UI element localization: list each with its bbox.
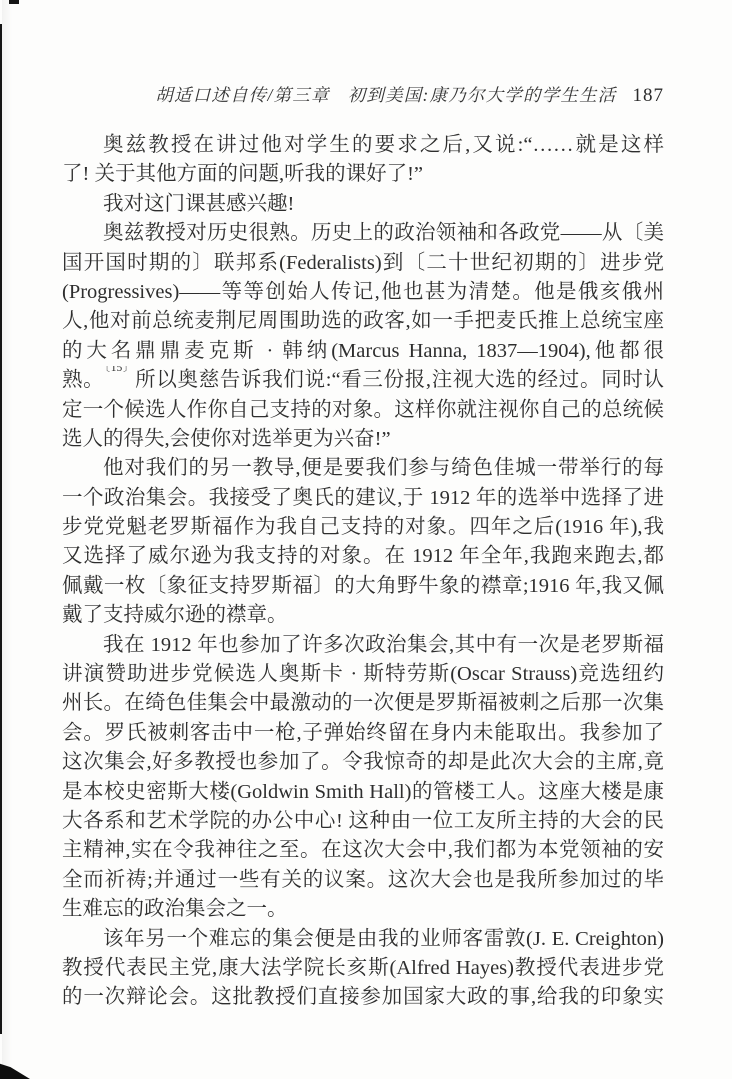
text-line: 佩戴一枚〔象征支持罗斯福〕的大角野牛象的襟章;1916 年,我又佩 bbox=[62, 572, 664, 601]
text-line: 一个政治集会。我接受了奥氏的建议,于 1912 年的选举中选择了进 bbox=[62, 484, 664, 513]
text-line: 了! 关于其他方面的问题,听我的课好了!” bbox=[62, 160, 664, 189]
text-line: (Progressives)——等等创始人传记,他也甚为清楚。他是俄亥俄州 bbox=[62, 278, 664, 307]
text-line: 的一次辩论会。这批教授们直接参加国家大政的事,给我的印象实 bbox=[62, 983, 664, 1012]
text-line: 主精神,实在令我神往之至。在这次大会中,我们都为本党领袖的安 bbox=[62, 836, 664, 865]
text-line: 教授代表民主党,康大法学院长亥斯(Alfred Hayes)教授代表进步党 bbox=[62, 954, 664, 983]
text-line: 他对我们的另一教导,便是要我们参与绮色佳城一带举行的每 bbox=[62, 454, 664, 483]
text-segment: 所以奥慈告诉我们说:“看三份报,注视大选的经过。同时认 bbox=[135, 369, 664, 391]
header-chapter-title: 初到美国:康乃尔大学的学生生活 bbox=[348, 82, 617, 108]
text-line: 全而祈祷;并通过一些有关的议案。这次大会也是我所参加过的毕 bbox=[62, 866, 664, 895]
text-line: 的大名鼎鼎麦克斯 · 韩纳(Marcus Hanna, 1837—1904),他… bbox=[62, 337, 664, 366]
text-line: 定一个候选人作你自己支持的对象。这样你就注视你自己的总统候 bbox=[62, 396, 664, 425]
header-page-number: 187 bbox=[633, 85, 665, 107]
text-line: 奥兹教授对历史很熟。历史上的政治领袖和各政党——从〔美 bbox=[62, 219, 664, 248]
scan-artifact-left-edge bbox=[0, 24, 2, 1034]
text-line: 是本校史密斯大楼(Goldwin Smith Hall)的管楼工人。这座大楼是康 bbox=[62, 778, 664, 807]
text-line: 会。罗氏被刺客击中一枪,子弹始终留在身内未能取出。我参加了 bbox=[62, 719, 664, 748]
text-line: 步党党魁老罗斯福作为我自己支持的对象。四年之后(1916 年),我 bbox=[62, 513, 664, 542]
text-line: 大各系和艺术学院的办公中心! 这种由一位工友所主持的大会的民 bbox=[62, 807, 664, 836]
text-line: 奥兹教授在讲过他对学生的要求之后,又说:“……就是这样 bbox=[62, 131, 664, 160]
text-line: 又选择了威尔逊为我支持的对象。在 1912 年全年,我跑来跑去,都 bbox=[62, 542, 664, 571]
footnote-ref: 〔15〕 bbox=[104, 366, 135, 374]
scan-shadow-left bbox=[2, 0, 12, 1079]
text-line: 戴了支持威尔逊的襟章。 bbox=[62, 601, 664, 630]
text-segment: 熟。 bbox=[62, 369, 104, 391]
text-line: 我对这门课甚感兴趣! bbox=[62, 190, 664, 219]
text-line: 讲演赞助进步党候选人奥斯卡 · 斯特劳斯(Oscar Strauss)竞选纽约 bbox=[62, 660, 664, 689]
text-line: 选人的得失,会使你对选举更为兴奋!” bbox=[62, 425, 664, 454]
text-line: 生难忘的政治集会之一。 bbox=[62, 895, 664, 924]
text-line: 州长。在绮色佳集会中最激动的一次便是罗斯福被刺之后那一次集 bbox=[62, 689, 664, 718]
text-line: 国开国时期的〕联邦系(Federalists)到〔二十世纪初期的〕进步党 bbox=[62, 249, 664, 278]
page-body: 奥兹教授在讲过他对学生的要求之后,又说:“……就是这样了! 关于其他方面的问题,… bbox=[62, 131, 664, 1013]
text-line: 我在 1912 年也参加了许多次政治集会,其中有一次是老罗斯福 bbox=[62, 631, 664, 660]
text-line: 人,他对前总统麦荆尼周围助选的政客,如一手把麦氏推上总统宝座 bbox=[62, 307, 664, 336]
running-header: 胡适口述自传/第三章 初到美国:康乃尔大学的学生生活 187 bbox=[62, 82, 664, 108]
header-book-title: 胡适口述自传/第三章 bbox=[155, 82, 329, 108]
book-page: 胡适口述自传/第三章 初到美国:康乃尔大学的学生生活 187 奥兹教授在讲过他对… bbox=[0, 0, 732, 1079]
text-line: 该年另一个难忘的集会便是由我的业师客雷敦(J. E. Creighton) bbox=[62, 925, 664, 954]
scan-artifact-top-left bbox=[9, 0, 19, 4]
text-line: 这次集会,好多教授也参加了。令我惊奇的却是此次大会的主席,竟 bbox=[62, 748, 664, 777]
text-line: 熟。〔15〕所以奥慈告诉我们说:“看三份报,注视大选的经过。同时认 bbox=[62, 366, 664, 395]
